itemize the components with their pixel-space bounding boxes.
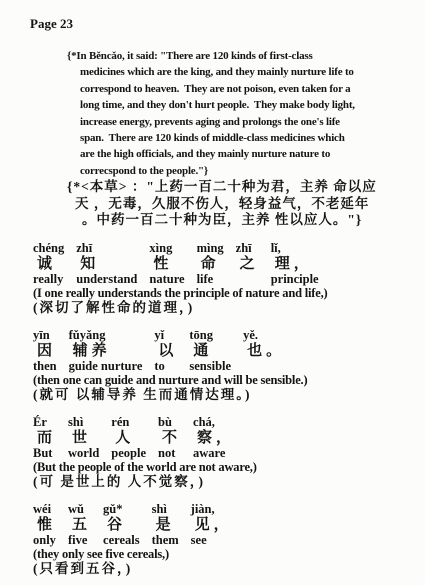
english-quote-line: {*In Běncǎo, it said: "There are 120 kin…	[67, 48, 419, 64]
gloss-word-text: life	[197, 272, 224, 286]
gloss-word-row: chéng 诚 really zhī 知 understand xìng 性 n…	[33, 240, 419, 286]
gloss-word-column: wéi 惟 only	[33, 501, 56, 547]
pinyin-text: gǔ*	[103, 501, 140, 517]
gloss-word-column: zhī 知 understand	[76, 240, 137, 286]
chinese-translation: (深切了解性命的道理，)	[33, 300, 419, 316]
english-quote-line: long time, and they don't hurt people. T…	[80, 97, 419, 113]
gloss-word-text: aware	[193, 446, 235, 460]
gloss-word-column: bù 不 not	[158, 414, 181, 460]
pinyin-text: Ér	[33, 414, 56, 430]
gloss-word-column: jiàn, 见， see	[191, 501, 233, 547]
gloss-word-column: rén 人 people	[111, 414, 146, 460]
hanzi-text: 理，	[271, 256, 319, 272]
gloss-word-text: cereals	[103, 533, 140, 547]
gloss-word-column: yīn 因 then	[33, 327, 57, 373]
pinyin-text: lǐ,	[271, 240, 319, 256]
gloss-section-3: Ér 而 But shì 世 world rén 人 people b	[33, 414, 419, 490]
pinyin-text: mìng	[197, 240, 224, 256]
gloss-word-column: yě. 也。	[243, 327, 285, 373]
hanzi-text: 惟	[33, 517, 56, 533]
pinyin-text: zhī	[236, 240, 259, 256]
pinyin-text: fǔyǎng	[69, 327, 143, 343]
gloss-word-row: Ér 而 But shì 世 world rén 人 people b	[33, 414, 419, 460]
hanzi-text: 不	[158, 430, 181, 446]
english-quote-paragraph: {*In Běncǎo, it said: "There are 120 kin…	[67, 48, 419, 179]
hanzi-text: 五	[68, 517, 91, 533]
gloss-section-2: yīn 因 then fǔyǎng 辅养 guide nurture yǐ 以 …	[33, 327, 419, 403]
gloss-section-4: wéi 惟 only wǔ 五 five gǔ* 谷 cereals	[33, 501, 419, 577]
hanzi-text: 知	[76, 256, 137, 272]
chinese-quote-line: 。中药一百二十种为臣，主养 性以应人。"}	[82, 212, 419, 229]
gloss-word-column: wǔ 五 five	[68, 501, 91, 547]
gloss-word-text: not	[158, 446, 181, 460]
pinyin-text: yǐ	[154, 327, 177, 343]
chinese-quote-line: {*<本草> ："上药一百二十种为君，主养 命以应	[67, 179, 419, 196]
gloss-word-text: see	[191, 533, 233, 547]
gloss-word-text	[236, 272, 259, 286]
hanzi-text: 而	[33, 430, 56, 446]
pinyin-text: tōng	[189, 327, 231, 343]
pinyin-text: yě.	[243, 327, 285, 343]
gloss-word-column: lǐ, 理， principle	[271, 240, 319, 286]
hanzi-text: 世	[68, 430, 99, 446]
gloss-word-text: But	[33, 446, 56, 460]
gloss-word-column: mìng 命 life	[197, 240, 224, 286]
english-quote-line: increase energy, prevents aging and prol…	[80, 114, 419, 130]
pinyin-text: shì	[152, 501, 179, 517]
pinyin-text: wǔ	[68, 501, 91, 517]
gloss-word-text: then	[33, 359, 57, 373]
gloss-word-column: chéng 诚 really	[33, 240, 64, 286]
gloss-word-column: zhī 之	[236, 240, 259, 286]
gloss-word-text: only	[33, 533, 56, 547]
gloss-word-text: five	[68, 533, 91, 547]
hanzi-text: 辅养	[69, 343, 143, 359]
english-quote-line: correcspond to the people."}	[80, 163, 419, 179]
pinyin-text: bù	[158, 414, 181, 430]
gloss-word-text: guide nurture	[69, 359, 143, 373]
gloss-word-text: to	[154, 359, 177, 373]
gloss-word-text: people	[111, 446, 146, 460]
gloss-section-1: chéng 诚 really zhī 知 understand xìng 性 n…	[33, 240, 419, 316]
gloss-word-column: gǔ* 谷 cereals	[103, 501, 140, 547]
english-quote-line: correspond to heaven. They are not poiso…	[80, 81, 419, 97]
gloss-word-row: yīn 因 then fǔyǎng 辅养 guide nurture yǐ 以 …	[33, 327, 419, 373]
pinyin-text: wéi	[33, 501, 56, 517]
pinyin-text: xìng	[149, 240, 184, 256]
gloss-word-column: shì 世 world	[68, 414, 99, 460]
page-number: Page 23	[30, 16, 419, 31]
pinyin-text: yīn	[33, 327, 57, 343]
gloss-word-text: nature	[149, 272, 184, 286]
hanzi-text: 诚	[33, 256, 64, 272]
english-quote-line: span. There are 120 kinds of middle-clas…	[80, 130, 419, 146]
hanzi-text: 以	[154, 343, 177, 359]
gloss-word-column: fǔyǎng 辅养 guide nurture	[69, 327, 143, 373]
gloss-word-column: yǐ 以 to	[154, 327, 177, 373]
hanzi-text: 之	[236, 256, 259, 272]
gloss-word-column: chá, 察， aware	[193, 414, 235, 460]
pinyin-text: zhī	[76, 240, 137, 256]
chinese-quote-line: 天 ，无毒，久服不伤人，轻身益气，不老延年	[75, 196, 419, 213]
chinese-translation: (只看到五谷，)	[33, 561, 419, 577]
english-translation: (I one really understands the principle …	[33, 286, 419, 300]
gloss-word-text: world	[68, 446, 99, 460]
hanzi-text: 命	[197, 256, 224, 272]
gloss-word-column: tōng 通 sensible	[189, 327, 231, 373]
gloss-word-column: shì 是 them	[152, 501, 179, 547]
hanzi-text: 谷	[103, 517, 140, 533]
gloss-word-text: sensible	[189, 359, 231, 373]
pinyin-text: shì	[68, 414, 99, 430]
pinyin-text: rén	[111, 414, 146, 430]
hanzi-text: 察，	[193, 430, 235, 446]
hanzi-text: 见，	[191, 517, 233, 533]
hanzi-text: 是	[152, 517, 179, 533]
chinese-quote-paragraph: {*<本草> ："上药一百二十种为君，主养 命以应 天 ，无毒，久服不伤人，轻身…	[67, 179, 419, 229]
chinese-translation: (可 是世上的 人不觉察，)	[33, 474, 419, 490]
gloss-word-text: really	[33, 272, 64, 286]
gloss-word-text: principle	[271, 272, 319, 286]
english-translation: (they only see five cereals,)	[33, 547, 419, 561]
hanzi-text: 人	[111, 430, 146, 446]
english-quote-line: medicines which are the king, and they m…	[80, 64, 419, 80]
hanzi-text: 也。	[243, 343, 285, 359]
gloss-word-text: them	[152, 533, 179, 547]
gloss-word-column: Ér 而 But	[33, 414, 56, 460]
gloss-word-text: understand	[76, 272, 137, 286]
english-quote-line: are the high officials, and they mainly …	[80, 146, 419, 162]
hanzi-text: 通	[189, 343, 231, 359]
gloss-word-row: wéi 惟 only wǔ 五 five gǔ* 谷 cereals	[33, 501, 419, 547]
english-translation: (then one can guide and nurture and will…	[33, 373, 419, 387]
english-translation: (But the people of the world are not awa…	[33, 460, 419, 474]
pinyin-text: jiàn,	[191, 501, 233, 517]
hanzi-text: 性	[149, 256, 184, 272]
document-page: Page 23 {*In Běncǎo, it said: "There are…	[0, 0, 425, 585]
chinese-translation: (就可 以辅导养 生而通情达理。)	[33, 387, 419, 403]
hanzi-text: 因	[33, 343, 57, 359]
gloss-word-text	[243, 359, 285, 373]
pinyin-text: chá,	[193, 414, 235, 430]
gloss-word-column: xìng 性 nature	[149, 240, 184, 286]
pinyin-text: chéng	[33, 240, 64, 256]
